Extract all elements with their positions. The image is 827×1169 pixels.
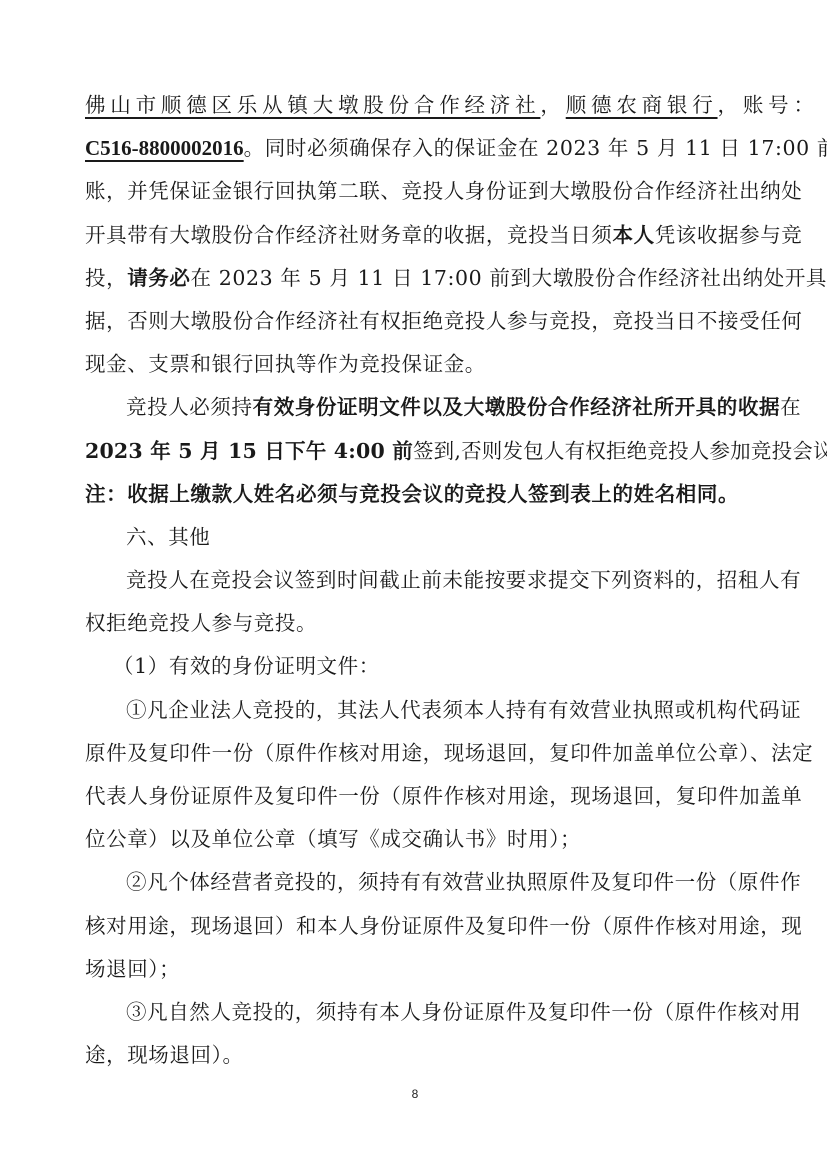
emphasis-must: 请务必 xyxy=(127,266,190,290)
sub-item-2-line: 场退回）； xyxy=(85,948,753,991)
separator: ， xyxy=(718,93,743,117)
text-span: 竞投人必须持 xyxy=(126,395,253,419)
text-span: 投， xyxy=(85,266,127,290)
section6-intro-line: 竞投人在竞投会议签到时间截止前未能按要求提交下列资料的，招租人有 xyxy=(85,559,753,602)
page-number: 8 xyxy=(408,1087,422,1101)
section6-intro-line: 权拒绝竞投人参与竞投。 xyxy=(85,602,753,645)
sub-item-2-line: 核对用途，现场退回）和本人身份证原件及复印件一份（原件作核对用途，现 xyxy=(85,905,753,948)
text-span: 在 2023 年 5 月 11 日 17:00 前到大墩股份合作经济社出纳处开具… xyxy=(191,266,827,290)
item1-heading: （1）有效的身份证明文件： xyxy=(85,645,753,688)
paragraph1-line: 账，并凭保证金银行回执第二联、竞投人身份证到大墩股份合作经济社出纳处 xyxy=(85,170,753,213)
paragraph2-line: 2023 年 5 月 15 日下午 4:00 前签到,否则发包人有权拒绝竞投人参… xyxy=(85,430,753,473)
emphasis-signin-deadline: 2023 年 5 月 15 日下午 4:00 前 xyxy=(85,439,413,463)
text-span: 开具带有大墩股份合作经济社财务章的收据，竞投当日须 xyxy=(85,223,613,247)
paragraph1-line: 投，请务必在 2023 年 5 月 11 日 17:00 前到大墩股份合作经济社… xyxy=(85,257,753,300)
account-number: C516-8800002016 xyxy=(85,136,244,160)
sub-item-1-line: ①凡企业法人竞投的，其法人代表须本人持有有效营业执照或机构代码证 xyxy=(85,689,753,732)
separator: ， xyxy=(540,93,565,117)
sub-item-3-line: ③凡自然人竞投的，须持有本人身份证原件及复印件一份（原件作核对用 xyxy=(85,991,753,1034)
paragraph1-line: 现金、支票和银行回执等作为竞投保证金。 xyxy=(85,343,753,386)
sub-item-1-line: 原件及复印件一份（原件作核对用途，现场退回，复印件加盖单位公章）、法定 xyxy=(85,732,753,775)
account-name: 佛山市顺德区乐从镇大墩股份合作经济社 xyxy=(85,93,540,117)
text-span: 签到,否则发包人有权拒绝竞投人参加竞投会议。 xyxy=(413,439,827,463)
account-label: 账号： xyxy=(743,93,819,117)
sub-item-1-line: 位公章）以及单位公章（填写《成交确认书》时用）； xyxy=(85,818,753,861)
paragraph1-line: 据，否则大墩股份合作经济社有权拒绝竞投人参与竞投，竞投当日不接受任何 xyxy=(85,300,753,343)
sub-item-3-line: 途，现场退回）。 xyxy=(85,1034,753,1077)
section-heading: 六、其他 xyxy=(85,516,753,559)
paragraph2-line: 竞投人必须持有效身份证明文件以及大墩股份合作经济社所开具的收据在 xyxy=(85,386,753,429)
emphasis-required-documents: 有效身份证明文件以及大墩股份合作经济社所开具的收据 xyxy=(253,395,781,419)
sub-item-2-line: ②凡个体经营者竞投的，须持有有效营业执照原件及复印件一份（原件作 xyxy=(85,861,753,904)
document-page: 佛山市顺德区乐从镇大墩股份合作经济社，顺德农商银行，账号： C516-88000… xyxy=(85,84,753,1077)
text-span: 在 xyxy=(780,395,801,419)
emphasis-in-person: 本人 xyxy=(613,223,655,247)
bank-name: 顺德农商银行 xyxy=(566,93,718,117)
deposit-deadline-text: 。同时必须确保存入的保证金在 2023 年 5 月 11 日 17:00 前到 xyxy=(244,136,827,160)
payee-line: 佛山市顺德区乐从镇大墩股份合作经济社，顺德农商银行，账号： xyxy=(85,84,753,127)
sub-item-1-line: 代表人身份证原件及复印件一份（原件作核对用途，现场退回，复印件加盖单 xyxy=(85,775,753,818)
text-span: 凭该收据参与竞 xyxy=(655,223,803,247)
paragraph1-line: C516-8800002016。同时必须确保存入的保证金在 2023 年 5 月… xyxy=(85,127,753,170)
paragraph1-line: 开具带有大墩股份合作经济社财务章的收据，竞投当日须本人凭该收据参与竞 xyxy=(85,214,753,257)
note-line: 注：收据上缴款人姓名必须与竞投会议的竞投人签到表上的姓名相同。 xyxy=(85,473,753,516)
